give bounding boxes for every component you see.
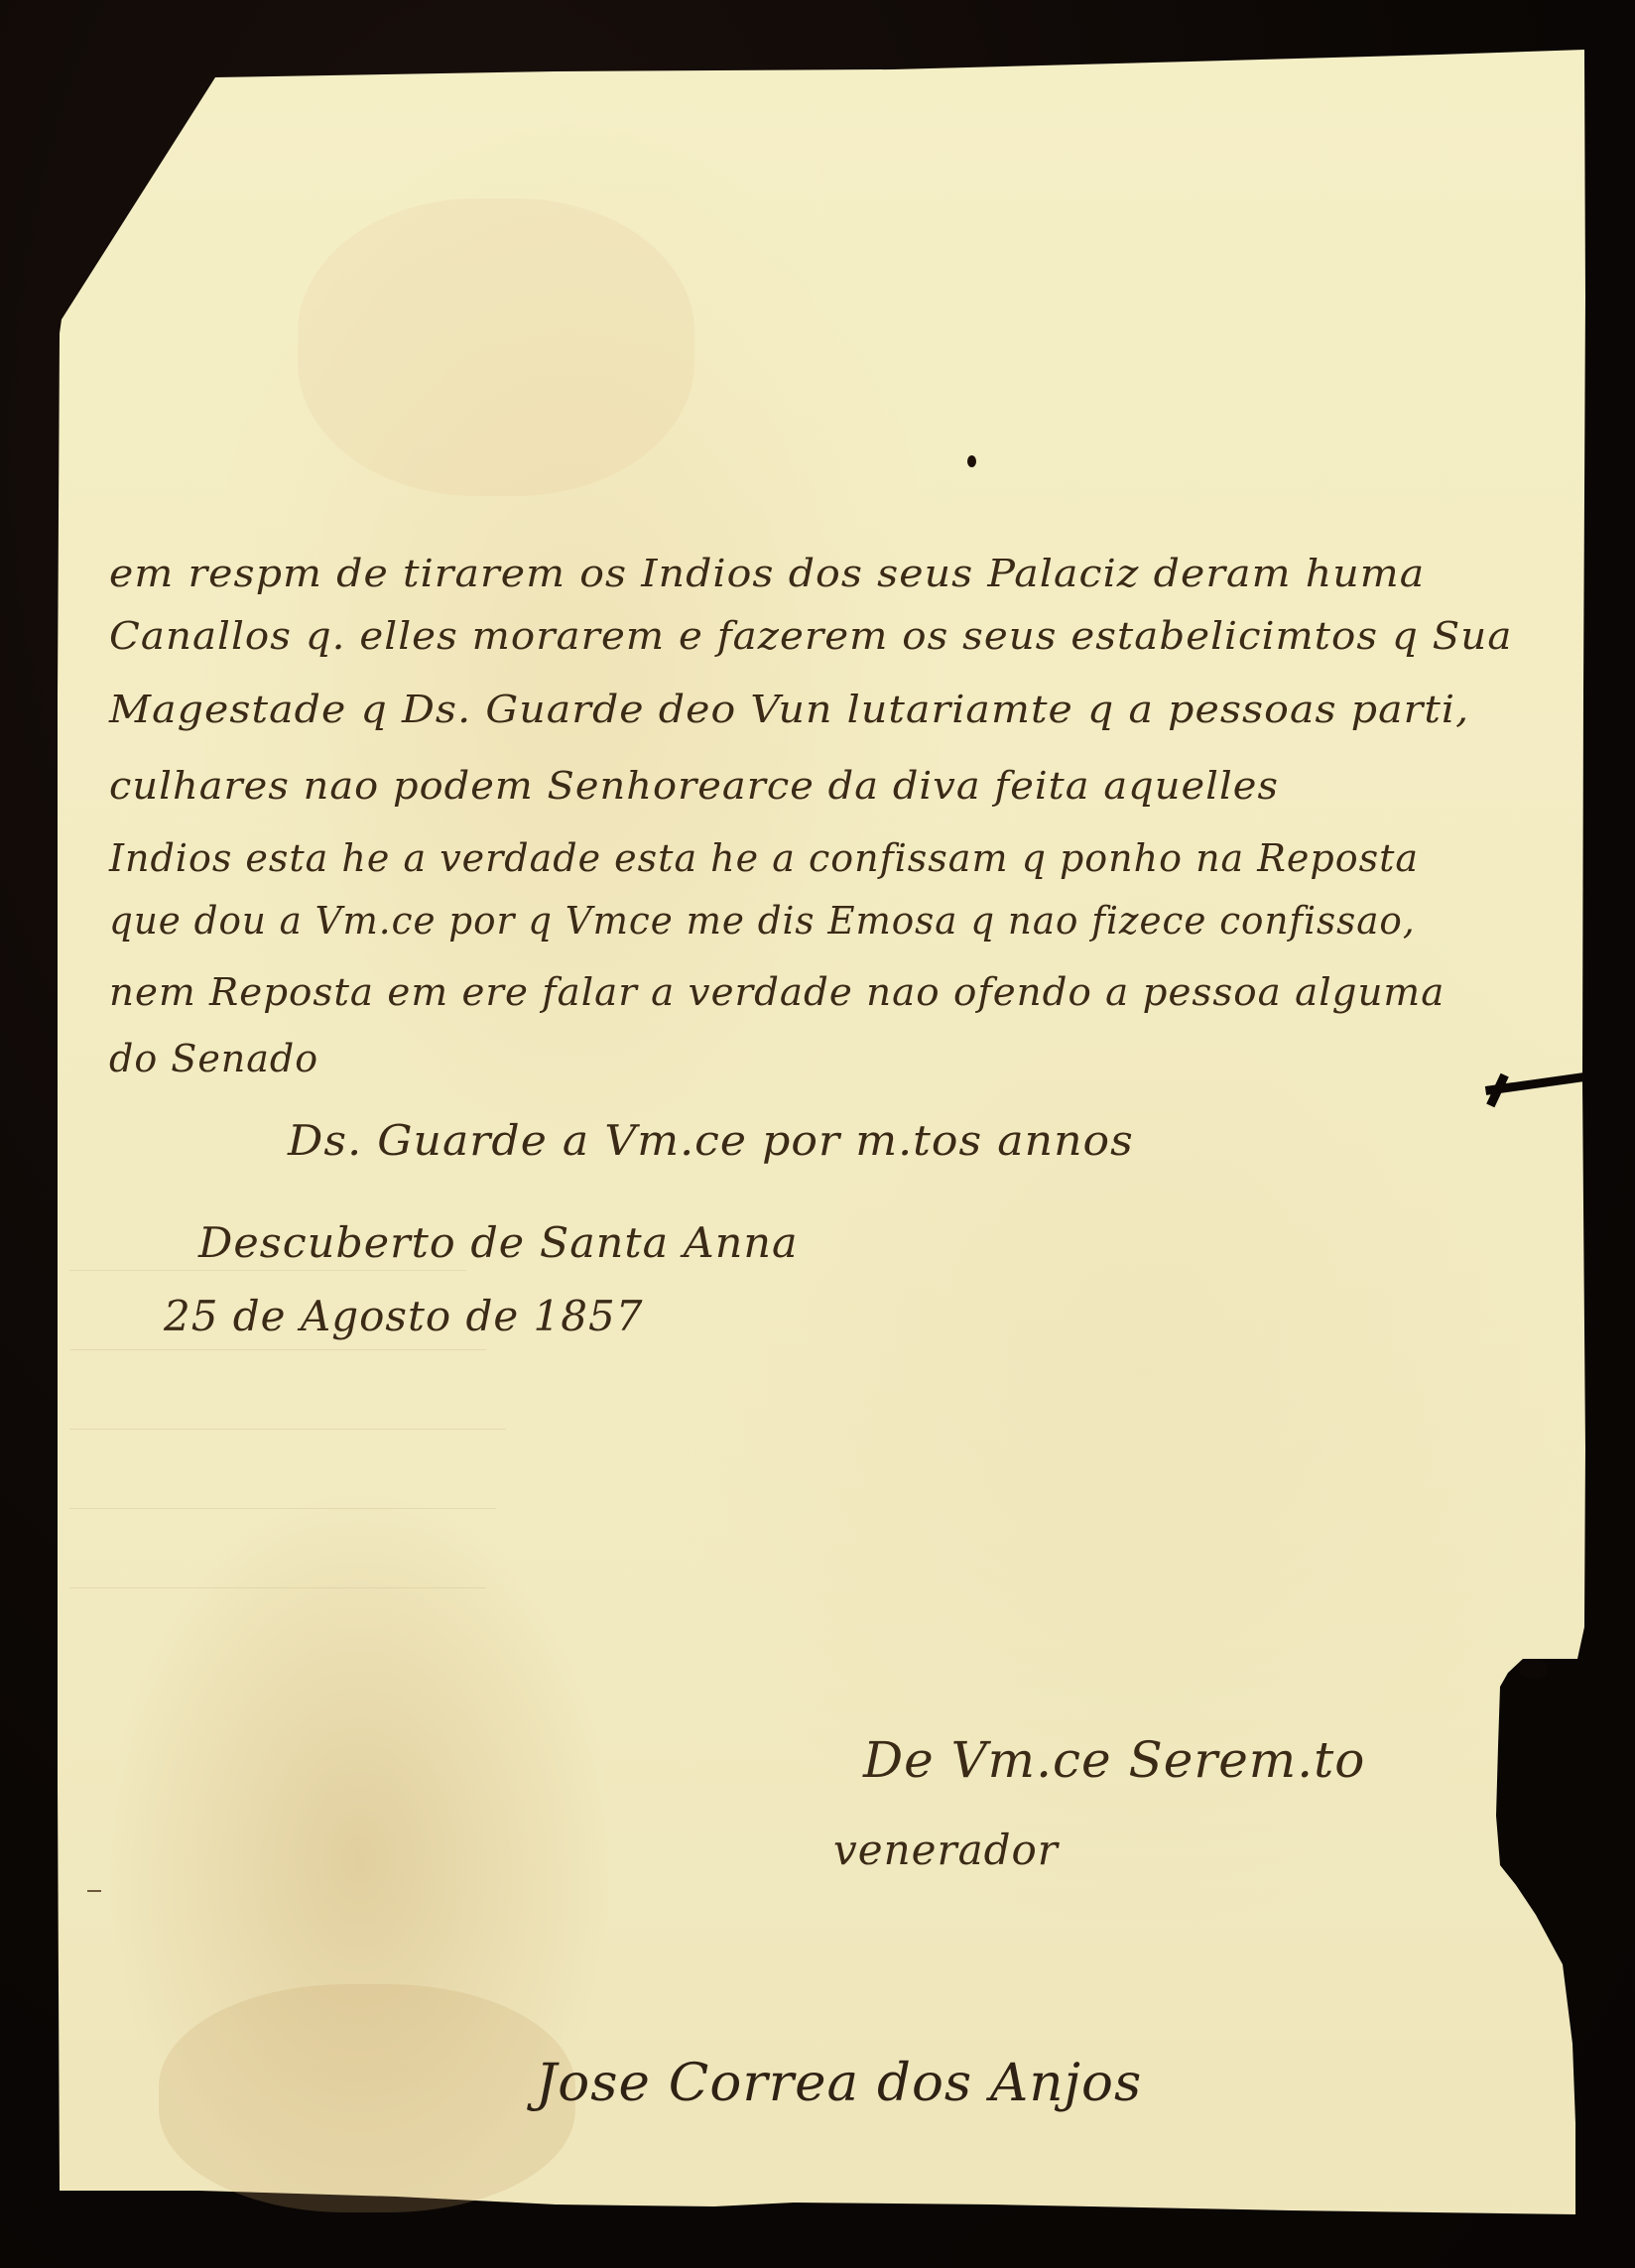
paper-rule [69, 1270, 466, 1271]
margin-dash [87, 1890, 101, 1892]
paper-discoloration [298, 198, 694, 496]
body-line-5: Indios esta he a verdade esta he a confi… [109, 836, 1419, 880]
sign-off-line-2: venerador [833, 1826, 1059, 1874]
paper-rule [69, 1508, 496, 1509]
body-line-1: em respm de tirarem os Indios dos seus P… [109, 552, 1425, 595]
body-line-6: que dou a Vm.ce por q Vmce me dis Emosa … [109, 899, 1416, 943]
body-line-2: Canallos q. elles morarem e fazerem os s… [109, 614, 1512, 658]
paper-rule [69, 1429, 506, 1430]
body-line-3: Magestade q Ds. Guarde deo Vun lutariamt… [109, 688, 1469, 731]
scan-background: em respm de tirarem os Indios dos seus P… [0, 0, 1635, 2268]
closing-place: Descuberto de Santa Anna [198, 1218, 799, 1267]
closing-date: 25 de Agosto de 1857 [164, 1292, 643, 1340]
sign-off-line-1: De Vm.ce Serem.to [863, 1731, 1365, 1789]
body-line-4: culhares nao podem Senhorearce da diva f… [109, 764, 1279, 808]
body-line-7: nem Reposta em ere falar a verdade nao o… [109, 970, 1445, 1014]
closing-blessing: Ds. Guarde a Vm.ce por m.tos annos [288, 1116, 1134, 1165]
paper-rule [69, 1587, 486, 1588]
water-stain [159, 1984, 575, 2212]
body-line-8: do Senado [109, 1037, 318, 1080]
paper-rule [69, 1349, 486, 1350]
author-signature: Jose Correa dos Anjos [536, 2054, 1142, 2113]
ink-dot [967, 455, 976, 467]
damaged-edge [1518, 1659, 1548, 1679]
